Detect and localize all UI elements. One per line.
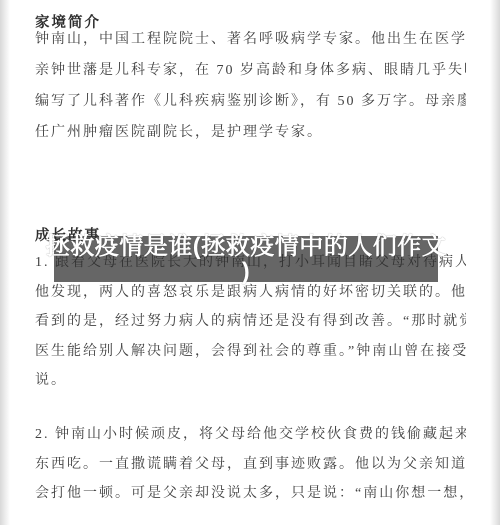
paragraph-line: 医生能给别人解决问题，会得到社会的尊重。”钟南山曾在接受采访时 <box>35 337 466 367</box>
growth-story-paragraph-2: 2. 钟南山小时候顽皮，将父母给他交学校伙食费的钱偷藏起来，自己买 东西吃。一直… <box>35 420 466 509</box>
paragraph-line: 亲钟世藩是儿科专家，在 70 岁高龄和身体多病、眼睛几乎失明的情况下 <box>35 55 466 86</box>
overlay-title-line-1: 拯救疫情是谁(拯救疫情中的人们作文 <box>46 234 447 259</box>
overlay-title-line-2: ) <box>242 259 251 284</box>
paragraph-line: 会打他一顿。可是父亲却没说太多，只是说：“南山你想一想，这么做 <box>35 479 466 509</box>
title-overlay-banner: 拯救疫情是谁(拯救疫情中的人们作文 ) <box>54 236 438 282</box>
family-background-paragraph: 钟南山，中国工程院院士、著名呼吸病学专家。他出生在医学世家，父 亲钟世藩是儿科专… <box>35 24 466 148</box>
paragraph-line: 任广州肿瘤医院副院长，是护理学专家。 <box>35 117 466 148</box>
paragraph-line: 编写了儿科著作《儿科疾病鉴别诊断》，有 50 多万字。母亲廖月琴曾担 <box>35 86 466 117</box>
paragraph-line: 钟南山，中国工程院院士、著名呼吸病学专家。他出生在医学世家，父 <box>35 24 466 55</box>
paragraph-line: 看到的是，经过努力病人的病情还是没有得到改善。“那时就觉得，当 <box>35 307 466 337</box>
article-page: 家境简介 钟南山，中国工程院院士、著名呼吸病学专家。他出生在医学世家，父 亲钟世… <box>0 0 500 525</box>
paragraph-line: 2. 钟南山小时候顽皮，将父母给他交学校伙食费的钱偷藏起来，自己买 <box>35 420 466 450</box>
page-edge-right <box>490 0 500 525</box>
paragraph-line: 说。 <box>35 366 466 396</box>
paragraph-line: 东西吃。一直撒谎瞒着父母，直到事迹败露。他以为父亲知道后，一定 <box>35 450 466 480</box>
page-edge-left <box>0 0 10 525</box>
